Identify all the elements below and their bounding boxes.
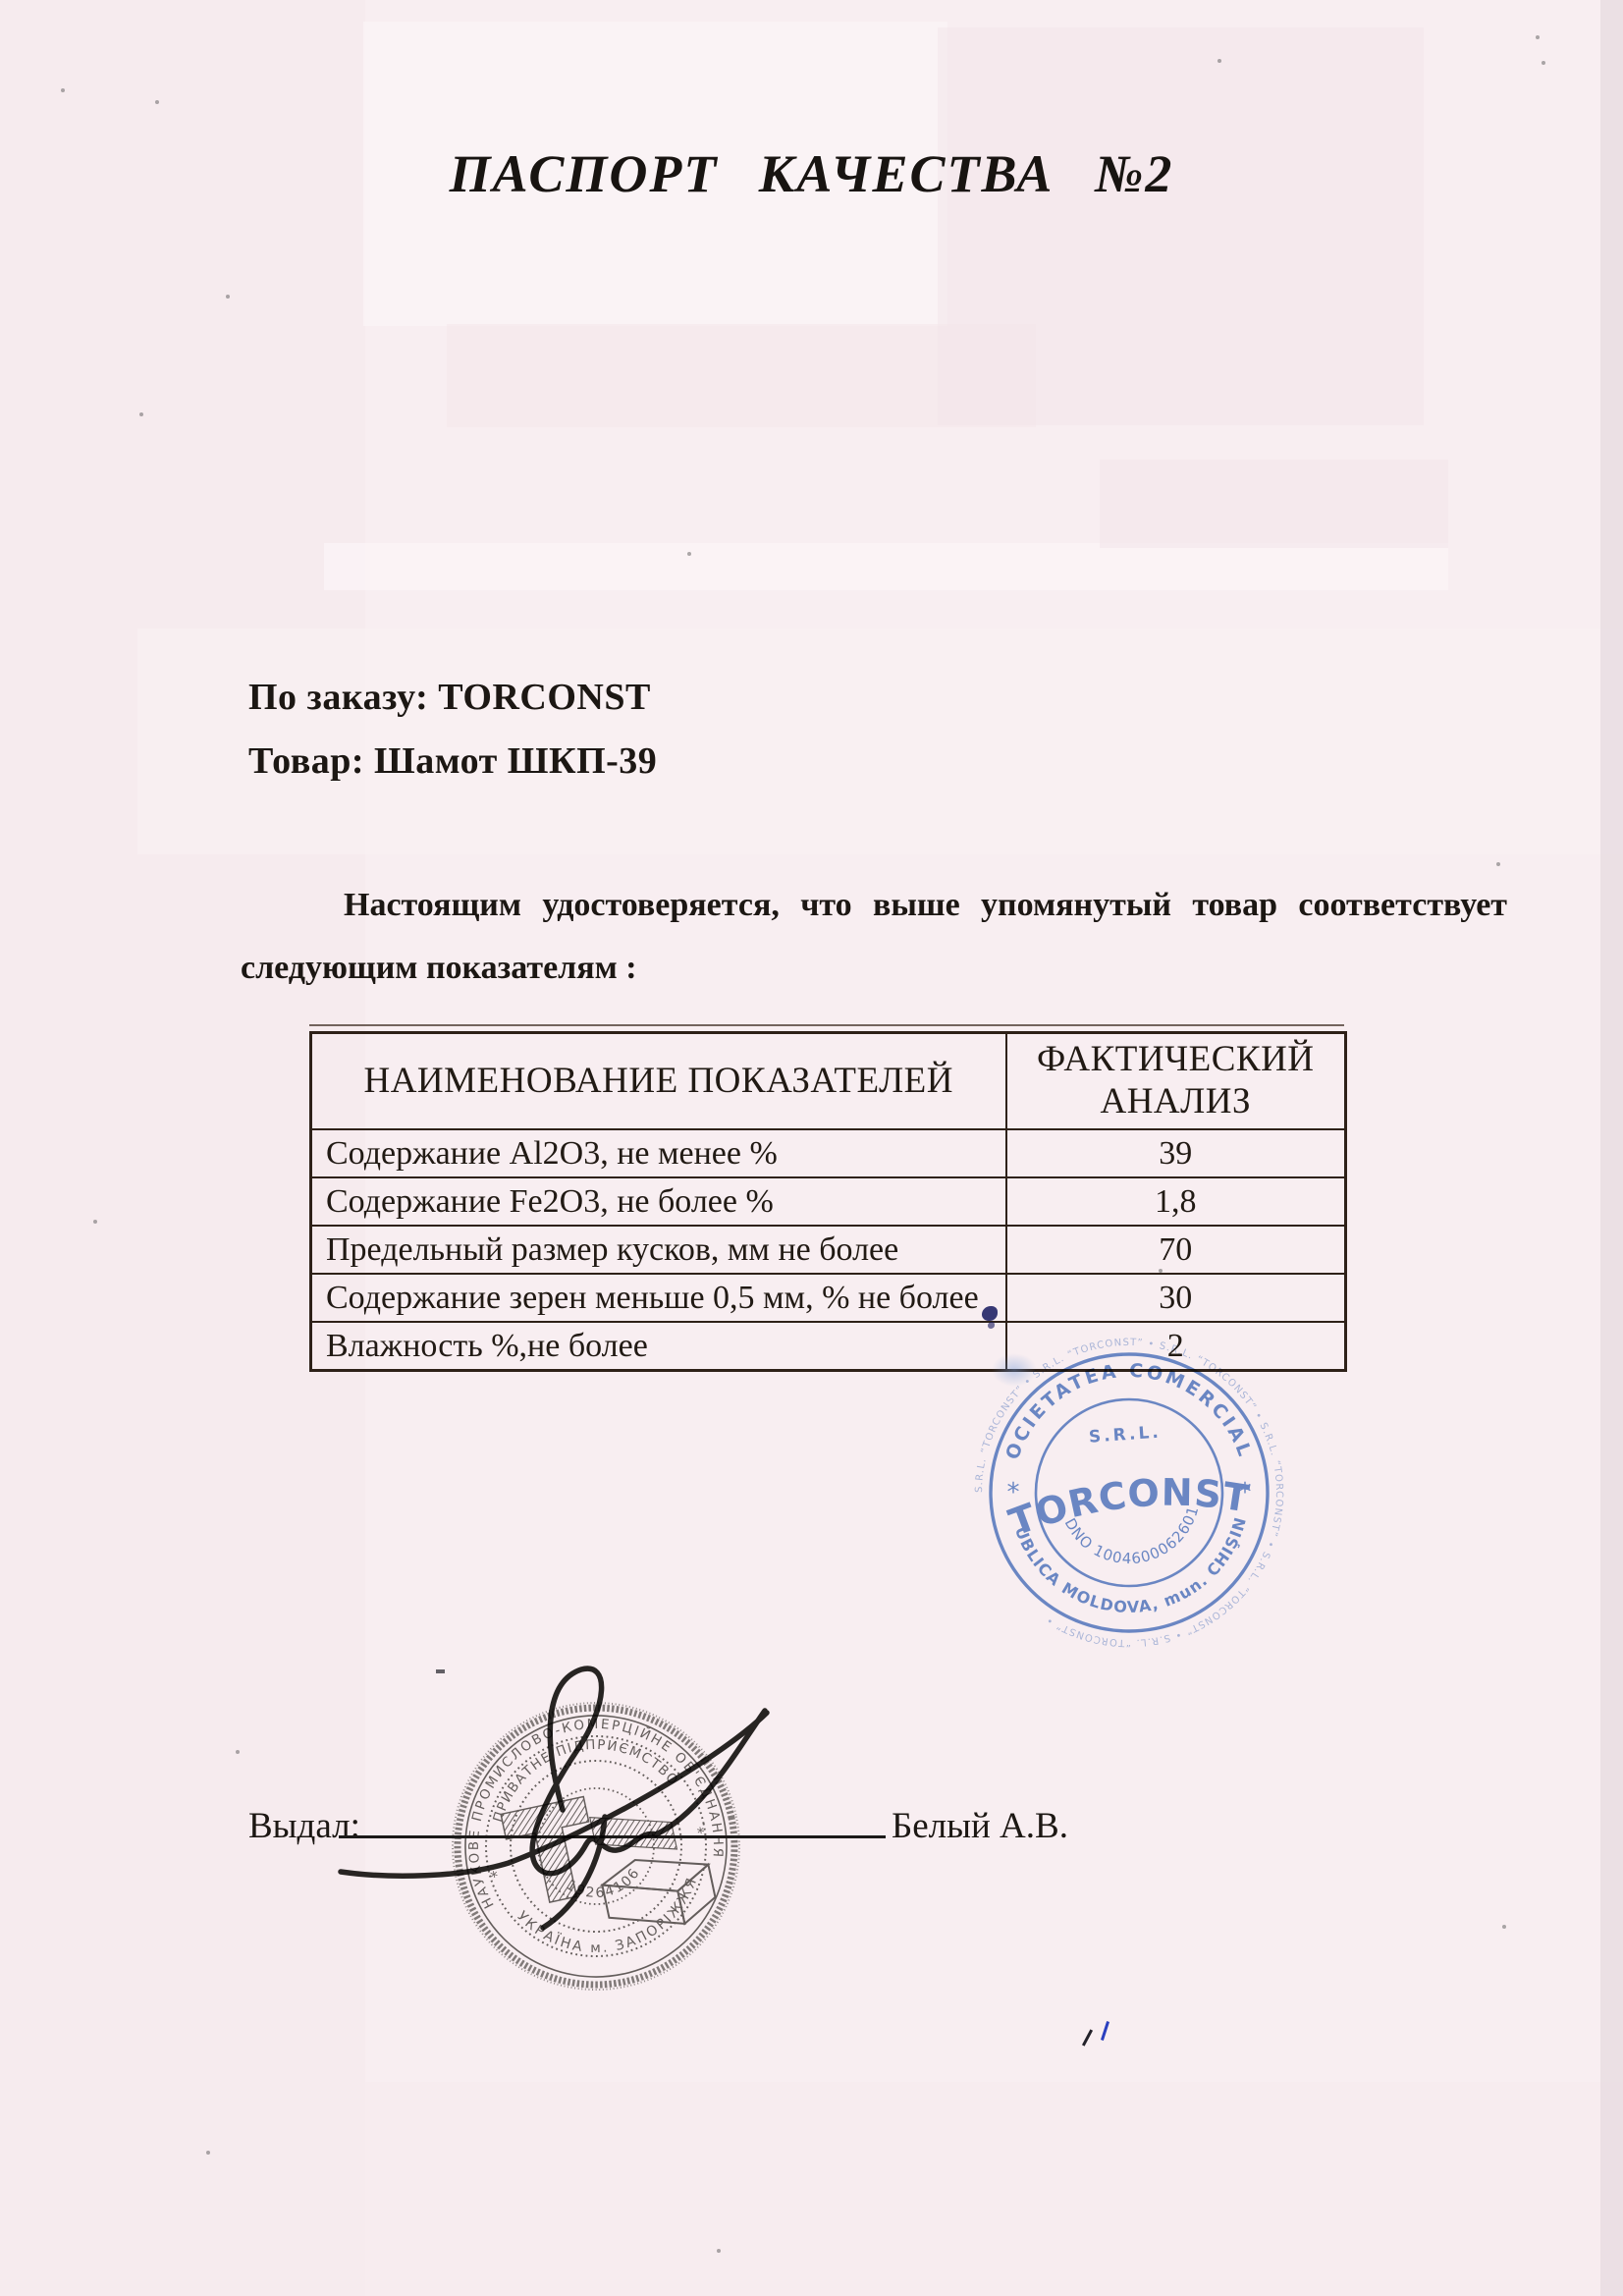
indicator-value-cell: 30	[1006, 1274, 1346, 1322]
ink-tick	[1082, 2029, 1093, 2046]
table-row: Предельный размер кусков, мм не более 70	[311, 1226, 1346, 1274]
scan-artifact-patch	[1600, 0, 1623, 2296]
scan-artifact-patch	[0, 2082, 1623, 2296]
stamp-srl-text: S.R.L.	[1088, 1423, 1162, 1448]
table-row: Содержание зерен меньше 0,5 мм, % не бол…	[311, 1274, 1346, 1322]
scan-artifact-patch	[324, 543, 1448, 590]
indicator-value-cell: 39	[1006, 1129, 1346, 1177]
indicator-value-cell: 1,8	[1006, 1177, 1346, 1226]
scan-artifact-patch	[938, 27, 1424, 425]
ink-smudge	[992, 1353, 1037, 1387]
table-row: Содержание Al2O3, не менее % 39	[311, 1129, 1346, 1177]
indicator-name-cell: Содержание зерен меньше 0,5 мм, % не бол…	[311, 1274, 1006, 1322]
page-title: ПАСПОРТ КАЧЕСТВА №2	[0, 143, 1623, 204]
column-header-indicator: НАИМЕНОВАНИЕ ПОКАЗАТЕЛЕЙ	[311, 1033, 1006, 1130]
indicator-name-cell: Содержание Fe2O3, не более %	[311, 1177, 1006, 1226]
scan-artifact-patch	[1100, 460, 1448, 548]
statement-line: следующим показателям :	[241, 950, 1507, 987]
table-row: Содержание Fe2O3, не более % 1,8	[311, 1177, 1346, 1226]
indicator-name-cell: Содержание Al2O3, не менее %	[311, 1129, 1006, 1177]
table-top-rule	[309, 1024, 1344, 1026]
indicator-name-cell: Предельный размер кусков, мм не более	[311, 1226, 1006, 1274]
ink-tick	[1101, 2021, 1109, 2041]
table-header-row: НАИМЕНОВАНИЕ ПОКАЗАТЕЛЕЙ ФАКТИЧЕСКИЙ АНА…	[311, 1033, 1346, 1130]
scan-artifact-patch	[447, 324, 1036, 427]
scanned-quality-passport: { "title": "ПАСПОРТ КАЧЕСТВА №2", "order…	[0, 0, 1623, 2296]
signature	[295, 1620, 982, 1954]
indicator-value-cell: 70	[1006, 1226, 1346, 1274]
statement-line: Настоящим удостоверяется, что выше упомя…	[241, 887, 1507, 924]
order-customer-line: По заказу: TORCONST	[248, 676, 651, 719]
column-header-analysis: ФАКТИЧЕСКИЙ АНАЛИЗ	[1006, 1033, 1346, 1130]
quality-indicators-table: НАИМЕНОВАНИЕ ПОКАЗАТЕЛЕЙ ФАКТИЧЕСКИЙ АНА…	[309, 1031, 1347, 1372]
indicator-name-cell: Влажность %,не более	[311, 1322, 1006, 1371]
order-product-line: Товар: Шамот ШКП-39	[248, 739, 657, 783]
ink-tick	[436, 1669, 445, 1673]
